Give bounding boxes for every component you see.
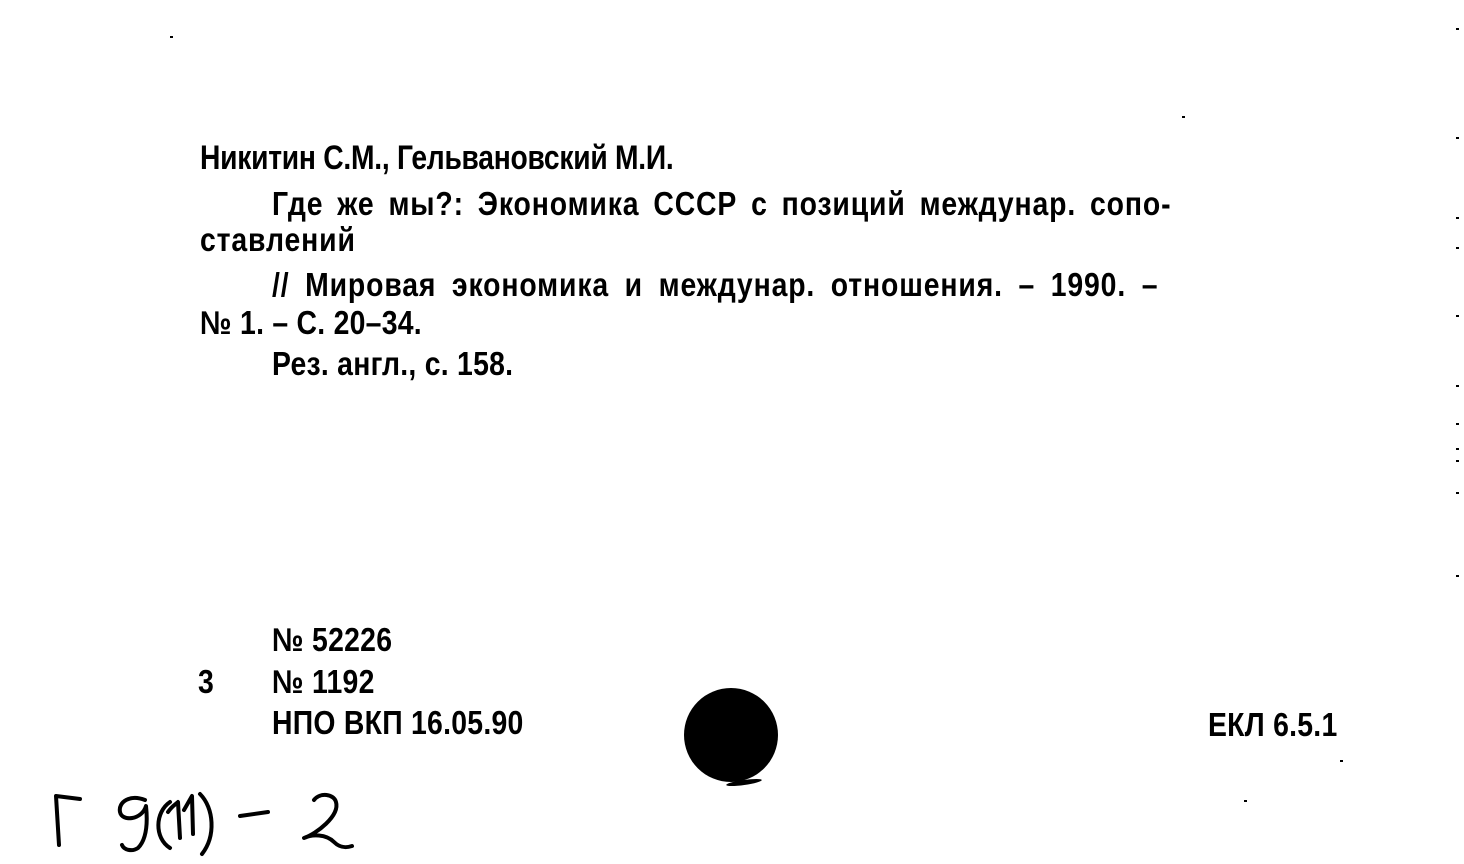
title-line-2: ставлений xyxy=(200,220,356,260)
classification-code: ЕКЛ 6.5.1 xyxy=(1208,705,1337,745)
journal-line-1: // Мировая экономика и междунар. отношен… xyxy=(272,265,1158,305)
scan-speck xyxy=(1244,800,1247,802)
scan-speck xyxy=(1340,760,1343,762)
journal-line-2: № 1. – С. 20–34. xyxy=(200,303,422,343)
author-names: Никитин С.М., Гельвановский М.И. xyxy=(200,138,674,178)
scan-speck xyxy=(1456,247,1459,249)
scan-speck xyxy=(1456,575,1459,577)
title-line-1: Где же мы?: Экономика СССР с позиций меж… xyxy=(272,184,1171,224)
scan-speck xyxy=(1456,492,1459,494)
scan-speck xyxy=(1456,28,1459,30)
copies-count: 3 xyxy=(198,662,214,702)
scan-speck xyxy=(1456,315,1459,317)
library-catalog-card: Никитин С.М., Гельвановский М.И. Где же … xyxy=(0,0,1464,864)
department-date: НПО ВКП 16.05.90 xyxy=(272,703,524,743)
scan-speck xyxy=(1456,217,1459,219)
scan-speck xyxy=(1456,385,1459,387)
scan-speck xyxy=(1182,116,1185,118)
scan-speck xyxy=(1456,423,1459,425)
punch-hole xyxy=(684,688,778,782)
scan-speck xyxy=(1456,460,1459,462)
handwritten-shelfmark: Г9(11)–2 xyxy=(50,790,380,864)
summary-note: Рез. англ., с. 158. xyxy=(272,344,513,384)
inventory-number: № 1192 xyxy=(272,662,375,702)
scan-speck xyxy=(170,36,173,38)
fund-number: № 52226 xyxy=(272,620,392,660)
scan-speck xyxy=(1456,448,1459,450)
scan-speck xyxy=(1456,137,1459,139)
